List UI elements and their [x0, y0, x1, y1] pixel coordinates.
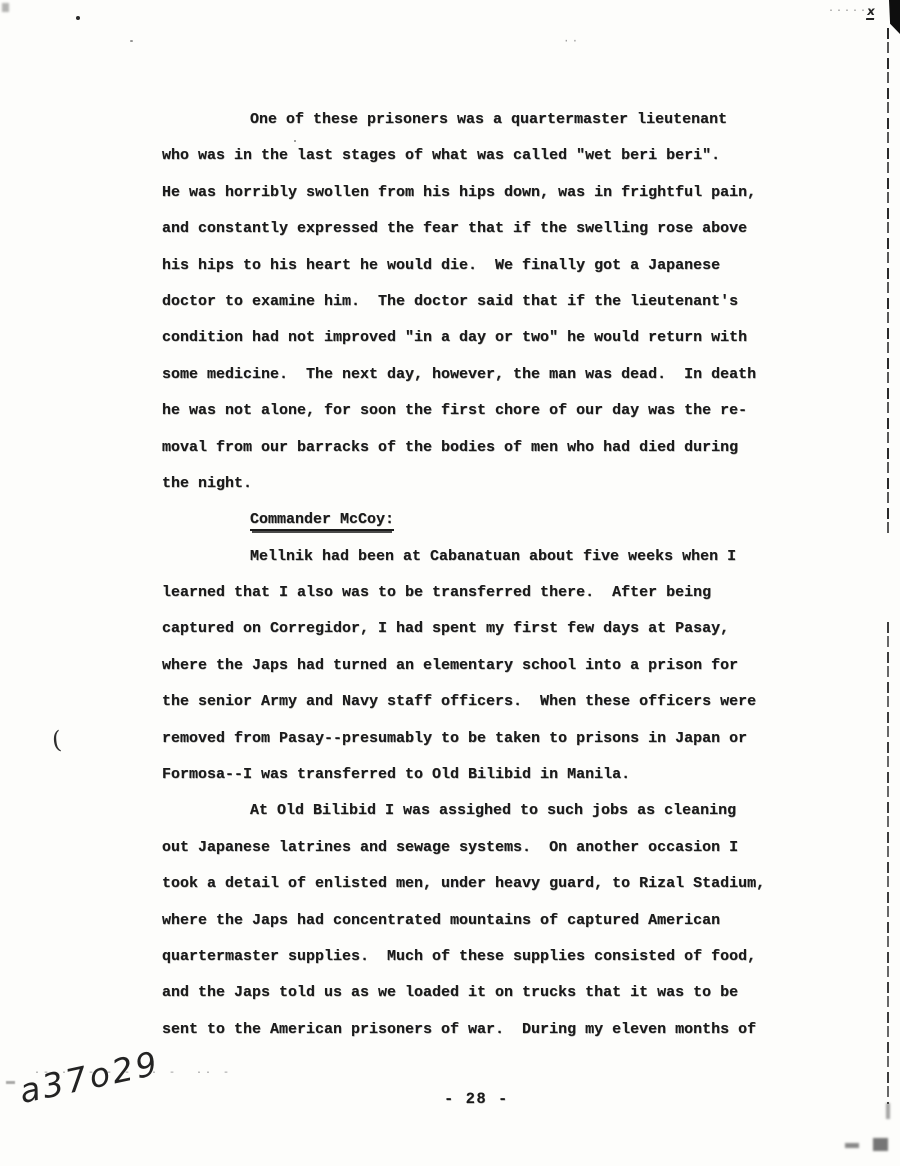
scan-speck	[2, 3, 9, 12]
body-text-line: and constantly expressed the fear that i…	[162, 211, 765, 247]
body-text-line: sent to the American prisoners of war. D…	[162, 1012, 765, 1048]
body-text-line: doctor to examine him. The doctor said t…	[162, 284, 765, 320]
body-text-line: removed from Pasay--presumably to be tak…	[162, 721, 765, 757]
body-text-line: He was horribly swollen from his hips do…	[162, 175, 765, 211]
scan-dots-artifact: ·····	[828, 6, 868, 17]
scan-speck	[76, 16, 80, 20]
scanned-document-page: One of these prisoners was a quartermast…	[0, 0, 900, 1166]
scan-speck	[6, 1081, 15, 1084]
scan-smudge	[886, 1103, 890, 1119]
document-lines: One of these prisoners was a quartermast…	[162, 102, 765, 1048]
scan-speck	[294, 140, 296, 142]
body-text-line: Mellnik had been at Cabanatuan about fiv…	[162, 539, 765, 575]
body-text-line: captured on Corregidor, I had spent my f…	[162, 611, 765, 647]
body-text-line: where the Japs had concentrated mountain…	[162, 903, 765, 939]
body-text-line: and the Japs told us as we loaded it on …	[162, 975, 765, 1011]
page-number: - 28 -	[444, 1090, 509, 1108]
scan-dash-artifact: ·- · - - - · - ·· -	[34, 1068, 232, 1079]
scan-dots-artifact-2: ··	[563, 36, 580, 48]
scan-smudge	[873, 1138, 888, 1151]
section-heading-underlined: Commander McCoy:	[250, 511, 394, 531]
body-text-line: learned that I also was to be transferre…	[162, 575, 765, 611]
body-text-line: moval from our barracks of the bodies of…	[162, 430, 765, 466]
body-text-line: the night.	[162, 466, 765, 502]
body-text-line: condition had not improved "in a day or …	[162, 320, 765, 356]
body-text-line: where the Japs had turned an elementary …	[162, 648, 765, 684]
scan-corner-artifact	[889, 0, 900, 34]
body-text-line: who was in the last stages of what was c…	[162, 138, 765, 174]
body-text-line: the senior Army and Navy staff officers.…	[162, 684, 765, 720]
body-text-line: Formosa--I was transferred to Old Bilibi…	[162, 757, 765, 793]
section-heading-line: Commander McCoy:	[162, 502, 765, 538]
body-text-line: took a detail of enlisted men, under hea…	[162, 866, 765, 902]
scan-smudge	[845, 1143, 859, 1148]
body-text-line: some medicine. The next day, however, th…	[162, 357, 765, 393]
margin-paren-mark: (	[51, 726, 63, 755]
body-text-line: he was not alone, for soon the first cho…	[162, 393, 765, 429]
body-text-line: out Japanese latrines and sewage systems…	[162, 830, 765, 866]
scan-edge-line-bottom	[887, 622, 889, 1104]
scan-edge-line-top	[887, 28, 889, 536]
body-text-line: his hips to his heart he would die. We f…	[162, 248, 765, 284]
scan-speck	[130, 40, 133, 42]
body-text-line: quartermaster supplies. Much of these su…	[162, 939, 765, 975]
body-text-line: One of these prisoners was a quartermast…	[162, 102, 765, 138]
body-text-line: At Old Bilibid I was assighed to such jo…	[162, 793, 765, 829]
